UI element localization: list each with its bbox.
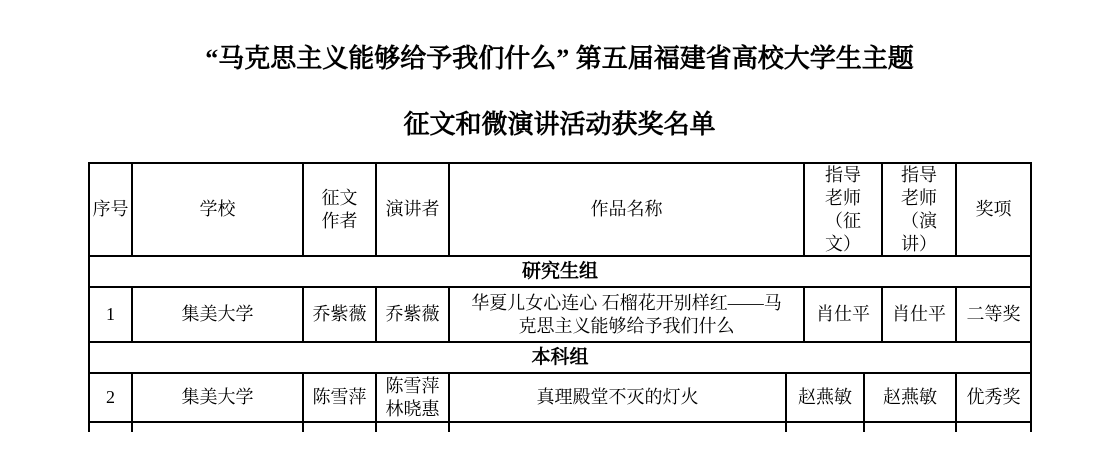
header-serial-number: 序号 [90, 164, 133, 255]
cell-work-title: 华夏儿女心连心 石榴花开别样红——马 克思主义能够给予我们什么 [450, 288, 805, 341]
cutoff-cell [787, 423, 865, 432]
cell-school: 集美大学 [133, 374, 304, 421]
table-header-row: 序号 学校 征文 作者 演讲者 作品名称 指导 老师 （征 文） 指导 老师 （… [90, 164, 1032, 257]
cell-serial-number: 2 [90, 374, 133, 421]
cutoff-cell [865, 423, 957, 432]
award-table: 序号 学校 征文 作者 演讲者 作品名称 指导 老师 （征 文） 指导 老师 （… [88, 162, 1032, 432]
table-row-2: 2 集美大学 陈雪萍 陈雪萍 林晓惠 真理殿堂不灭的灯火 赵燕敏 赵燕敏 优秀奖 [90, 374, 1032, 423]
cell-award: 优秀奖 [957, 374, 1032, 421]
cutoff-cell [450, 423, 787, 432]
group-label-graduate: 研究生组 [90, 257, 1032, 286]
header-work-title: 作品名称 [450, 164, 805, 255]
cutoff-cell [90, 423, 133, 432]
cell-speaker: 陈雪萍 林晓惠 [377, 374, 450, 421]
header-speaker: 演讲者 [377, 164, 450, 255]
cell-school: 集美大学 [133, 288, 304, 341]
cell-speech-advisor: 赵燕敏 [865, 374, 957, 421]
cell-essay-advisor: 赵燕敏 [787, 374, 865, 421]
header-school: 学校 [133, 164, 304, 255]
group-row-graduate: 研究生组 [90, 257, 1032, 288]
header-essay-author: 征文 作者 [304, 164, 377, 255]
cutoff-cell [377, 423, 450, 432]
header-speech-advisor: 指导 老师 （演 讲） [883, 164, 957, 255]
cutoff-cell [133, 423, 304, 432]
header-award: 奖项 [957, 164, 1032, 255]
cutoff-cell [304, 423, 377, 432]
cutoff-cell [957, 423, 1032, 432]
table-row-1: 1 集美大学 乔紫薇 乔紫薇 华夏儿女心连心 石榴花开别样红——马 克思主义能够… [90, 288, 1032, 343]
cell-serial-number: 1 [90, 288, 133, 341]
cell-award: 二等奖 [957, 288, 1032, 341]
document-page: “马克思主义能够给予我们什么” 第五届福建省高校大学生主题 征文和微演讲活动获奖… [0, 42, 1119, 432]
document-title-line2: 征文和微演讲活动获奖名单 [0, 108, 1119, 142]
table-cutoff-row [90, 423, 1032, 432]
cell-essay-advisor: 肖仕平 [805, 288, 883, 341]
cell-speech-advisor: 肖仕平 [883, 288, 957, 341]
cell-essay-author: 乔紫薇 [304, 288, 377, 341]
document-title-line1: “马克思主义能够给予我们什么” 第五届福建省高校大学生主题 [0, 42, 1119, 76]
header-essay-advisor: 指导 老师 （征 文） [805, 164, 883, 255]
cell-work-title: 真理殿堂不灭的灯火 [450, 374, 787, 421]
cell-speaker: 乔紫薇 [377, 288, 450, 341]
group-row-undergraduate: 本科组 [90, 343, 1032, 374]
group-label-undergraduate: 本科组 [90, 343, 1032, 372]
cell-essay-author: 陈雪萍 [304, 374, 377, 421]
